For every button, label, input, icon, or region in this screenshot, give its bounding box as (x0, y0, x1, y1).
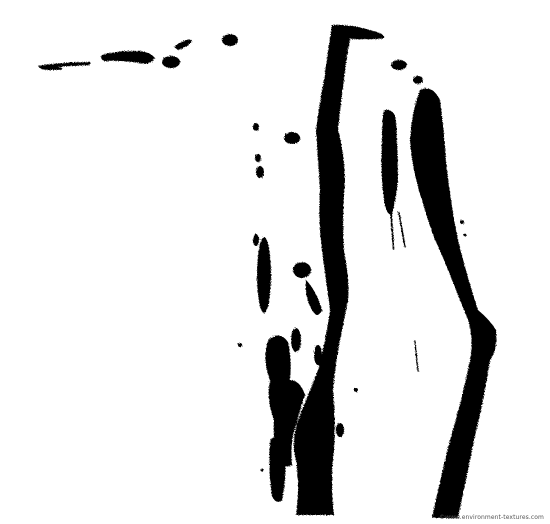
watermark-text: ©www.environment-textures.com (439, 514, 544, 521)
texture-image: ©www.environment-textures.com (0, 0, 550, 524)
paint-drips (0, 0, 550, 524)
